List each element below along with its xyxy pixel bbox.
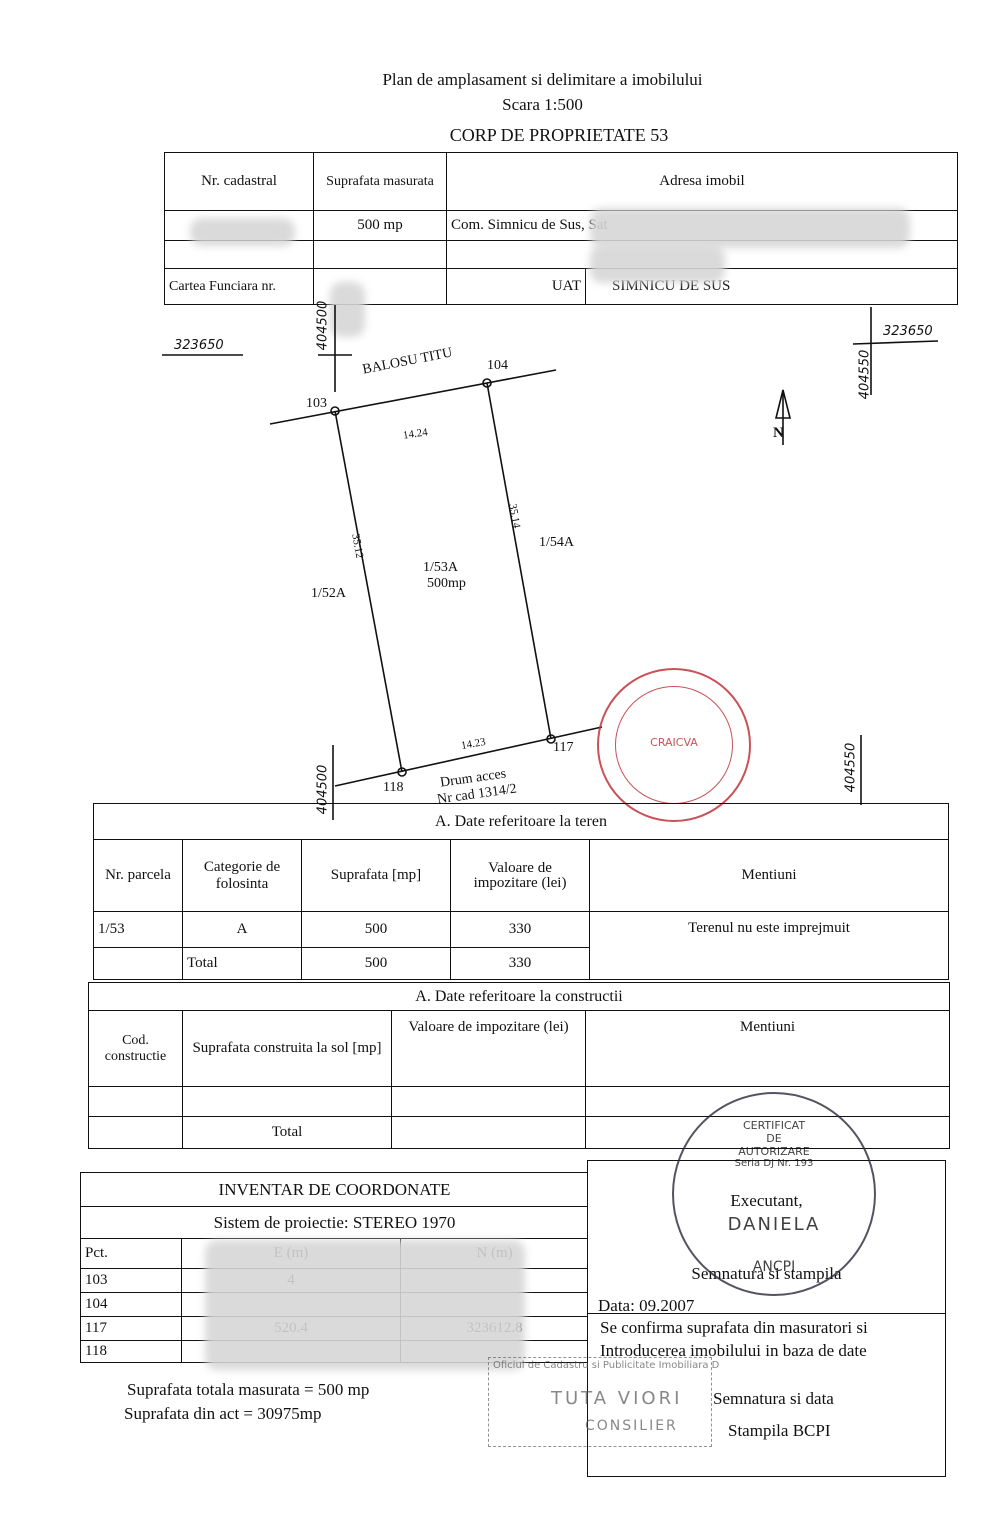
teren-header-parcela: Nr. parcela bbox=[94, 840, 183, 912]
parcel-label: 1/53A bbox=[423, 560, 458, 576]
cell-pct: 118 bbox=[81, 1341, 182, 1363]
stamp-name: TUTA VIORI bbox=[551, 1388, 682, 1409]
inventar-title: INVENTAR DE COORDONATE bbox=[81, 1173, 589, 1207]
executant-date: Data: 09.2007 bbox=[598, 1296, 694, 1316]
north-icon: N bbox=[773, 425, 784, 442]
cell-pct: 104 bbox=[81, 1293, 182, 1317]
constructii-header-suprafata: Suprafata construita la sol [mp] bbox=[183, 1011, 392, 1087]
teren-header-suprafata: Suprafata [mp] bbox=[302, 840, 451, 912]
stamp-text: ANCPI bbox=[674, 1259, 874, 1275]
coord-y-top-left: 404500 bbox=[315, 301, 330, 351]
suprafata-totala: Suprafata totala masurata = 500 mp bbox=[127, 1380, 369, 1400]
coord-y-top-right: 404550 bbox=[857, 350, 872, 400]
teren-header-valoare: Valoare de impozitare (lei) bbox=[451, 840, 590, 912]
confirmare-signature: Semnatura si data bbox=[713, 1389, 834, 1409]
ocpi-stamp-center: CRAICVA bbox=[599, 736, 749, 749]
parcel-area: 500mp bbox=[427, 576, 466, 592]
cell-mentiuni: Terenul nu este imprejmuit bbox=[590, 912, 949, 980]
point-117: 117 bbox=[553, 740, 573, 756]
suprafata-act: Suprafata din act = 30975mp bbox=[124, 1404, 321, 1424]
table-row: 1/53 A 500 330 Terenul nu este imprejmui… bbox=[94, 912, 949, 948]
constructii-header-valoare: Valoare de impozitare (lei) bbox=[392, 1011, 586, 1087]
inventar-header-pct: Pct. bbox=[81, 1239, 182, 1269]
redaction-blur bbox=[205, 1240, 525, 1370]
constructii-title: A. Date referitoare la constructii bbox=[89, 983, 950, 1011]
stamp-name: DANIELA bbox=[674, 1214, 874, 1235]
constructii-total-label: Total bbox=[183, 1117, 392, 1149]
coord-y-bottom-right: 404550 bbox=[843, 743, 858, 793]
total-valoare: 330 bbox=[451, 948, 590, 980]
cell-pct: 117 bbox=[81, 1317, 182, 1341]
cell-suprafata: 500 bbox=[302, 912, 451, 948]
cell-pct: 103 bbox=[81, 1269, 182, 1293]
total-suprafata: 500 bbox=[302, 948, 451, 980]
inventar-sistem: Sistem de proiectie: STEREO 1970 bbox=[81, 1207, 589, 1239]
point-104: 104 bbox=[487, 358, 508, 374]
teren-header-mentiuni: Mentiuni bbox=[590, 840, 949, 912]
teren-title: A. Date referitoare la teren bbox=[94, 804, 949, 840]
stamp-text: CONSILIER bbox=[585, 1418, 678, 1434]
bcpi-stamp: Oficiul de Cadastru si Publicitate Imobi… bbox=[488, 1357, 712, 1447]
executant-stamp: CERTIFICAT DE AUTORIZARE Seria DJ Nr. 19… bbox=[672, 1092, 876, 1296]
point-118: 118 bbox=[383, 780, 403, 796]
stamp-text: Oficiul de Cadastru si Publicitate Imobi… bbox=[493, 1360, 719, 1371]
constructii-header-mentiuni: Mentiuni bbox=[586, 1011, 950, 1087]
stamp-text: CERTIFICAT bbox=[674, 1119, 874, 1132]
confirmare-line1: Se confirma suprafata din masuratori si bbox=[600, 1318, 868, 1338]
cell-categorie: A bbox=[183, 912, 302, 948]
teren-table: A. Date referitoare la teren Nr. parcela… bbox=[93, 803, 949, 980]
stamp-text: Seria DJ Nr. 193 bbox=[674, 1158, 874, 1169]
neighbor-east: 1/54A bbox=[539, 535, 574, 551]
point-103: 103 bbox=[306, 396, 327, 412]
constructii-header-cod: Cod. constructie bbox=[89, 1011, 183, 1087]
coord-x-top-left: 323650 bbox=[174, 338, 224, 353]
confirmare-stampila: Stampila BCPI bbox=[728, 1421, 830, 1441]
total-label: Total bbox=[183, 948, 302, 980]
ocpi-stamp: CRAICVA bbox=[597, 668, 751, 822]
teren-header-categorie: Categorie de folosinta bbox=[183, 840, 302, 912]
cell-parcela: 1/53 bbox=[94, 912, 183, 948]
stamp-text: AUTORIZARE bbox=[674, 1145, 874, 1158]
neighbor-west: 1/52A bbox=[311, 586, 346, 602]
cell-valoare: 330 bbox=[451, 912, 590, 948]
coord-x-top-right: 323650 bbox=[883, 324, 933, 339]
stamp-text: DE bbox=[674, 1132, 874, 1145]
